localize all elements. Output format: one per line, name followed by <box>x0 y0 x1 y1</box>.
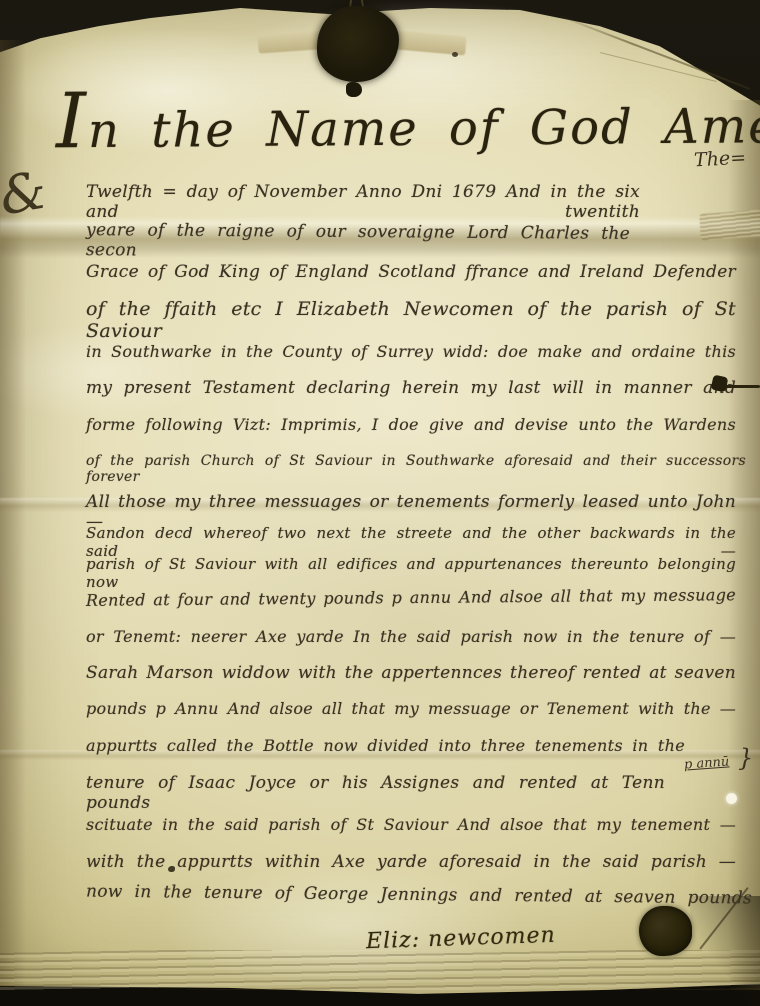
manuscript-line: with the appurtts within Axe yarde afore… <box>86 852 736 872</box>
interlined-brace: } <box>738 744 753 772</box>
manuscript-line: appurtts called the Bottle now divided i… <box>86 736 685 755</box>
punch-hole <box>726 793 737 804</box>
top-wax-seal-drip <box>346 82 362 97</box>
bottom-page-edge <box>0 950 760 990</box>
bottom-wax-seal-icon <box>639 906 692 956</box>
bottom-right-curl-shadow <box>690 896 760 1006</box>
manuscript-line: of the parish Church of St Saviour in So… <box>86 453 746 485</box>
manuscript-line: forme following Vizt: Imprimis, I doe gi… <box>86 415 736 434</box>
manuscript-line: yeare of the raigne of our soveraigne Lo… <box>86 220 630 264</box>
manuscript-line: of the ffaith etc I Elizabeth Newcomen o… <box>86 298 736 342</box>
manuscript-line: scituate in the said parish of St Saviou… <box>86 815 736 834</box>
manuscript-line: Twelfth = day of November Anno Dni 1679 … <box>86 182 640 222</box>
manuscript-line: or Tenemt: neerer Axe yarde In the said … <box>86 627 736 646</box>
catchword: The= <box>693 147 746 172</box>
interlined-note: p annū <box>684 754 730 772</box>
manuscript-line: pounds p Annu And alsoe all that my mess… <box>86 699 736 718</box>
manuscript-photo: In the Name of God Amen The= & Twelfth =… <box>0 0 760 1006</box>
manuscript-line: my present Testament declaring herein my… <box>86 378 736 398</box>
invocation-heading: In the Name of God Amen <box>56 90 708 160</box>
manuscript-line: in Southwarke in the County of Surrey wi… <box>86 342 736 361</box>
manuscript-line: Grace of God King of England Scotland ff… <box>86 262 736 282</box>
manuscript-line: tenure of Isaac Joyce or his Assignes an… <box>86 773 665 813</box>
manuscript-line: Sarah Marson widdow with the appertennce… <box>86 663 736 683</box>
ink-spot <box>168 866 175 872</box>
right-edge-crease-fibers <box>699 210 760 240</box>
ink-spot <box>452 52 458 57</box>
